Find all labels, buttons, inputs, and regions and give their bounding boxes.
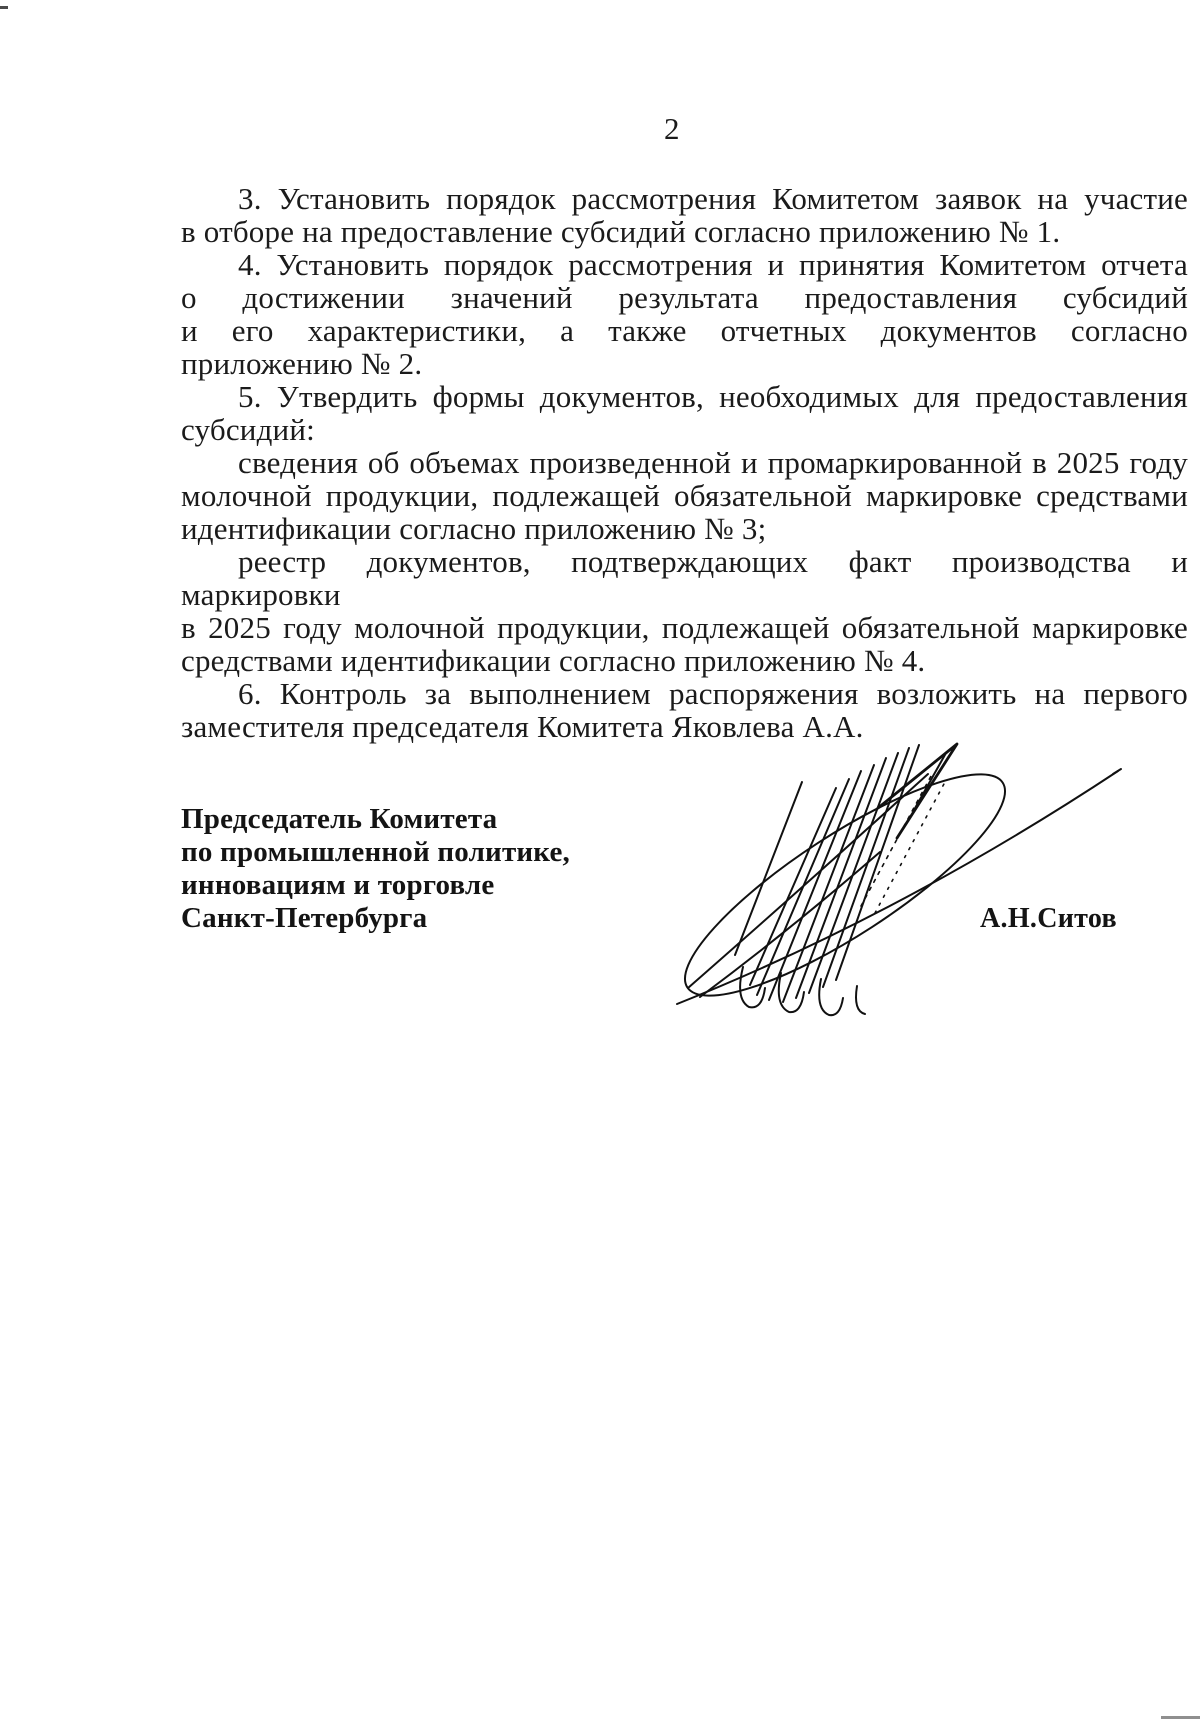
body-line: 3. Установить порядок рассмотрения Комит… bbox=[181, 182, 1188, 215]
signature-title-line: Председатель Комитета bbox=[181, 803, 570, 836]
signature-title-block: Председатель Комитета по промышленной по… bbox=[181, 803, 570, 935]
body-line: сведения об объемах произведенной и пром… bbox=[181, 446, 1188, 479]
handwritten-signature-icon bbox=[608, 726, 1132, 1022]
page-number: 2 bbox=[664, 112, 680, 145]
body-line: 5. Утвердить формы документов, необходим… bbox=[181, 380, 1188, 413]
signature-title-line: инновациям и торговле bbox=[181, 869, 570, 902]
body-line: 4. Установить порядок рассмотрения и при… bbox=[181, 248, 1188, 281]
body-line: и его характеристики, а также отчетных д… bbox=[181, 314, 1188, 347]
signature-title-line: по промышленной политике, bbox=[181, 836, 570, 869]
body-line: приложению № 2. bbox=[181, 347, 1188, 380]
document-body: 3. Установить порядок рассмотрения Комит… bbox=[181, 182, 1188, 743]
body-line: о достижении значений результата предост… bbox=[181, 281, 1188, 314]
body-line: средствами идентификации согласно прилож… bbox=[181, 644, 1188, 677]
body-line: в отборе на предоставление субсидий согл… bbox=[181, 215, 1188, 248]
signature-title-line: Санкт-Петербурга bbox=[181, 902, 570, 935]
body-line: в 2025 году молочной продукции, подлежащ… bbox=[181, 611, 1188, 644]
body-line: 6. Контроль за выполнением распоряжения … bbox=[181, 677, 1188, 710]
body-line: идентификации согласно приложению № 3; bbox=[181, 512, 1188, 545]
signatory-name: А.Н.Ситов bbox=[980, 902, 1117, 935]
body-line: субсидий: bbox=[181, 413, 1188, 446]
document-page: 2 3. Установить порядок рассмотрения Ком… bbox=[0, 0, 1200, 1719]
scan-artifact-top-left bbox=[0, 6, 8, 9]
body-line: реестр документов, подтверждающих факт п… bbox=[181, 545, 1188, 611]
body-line: молочной продукции, подлежащей обязатель… bbox=[181, 479, 1188, 512]
